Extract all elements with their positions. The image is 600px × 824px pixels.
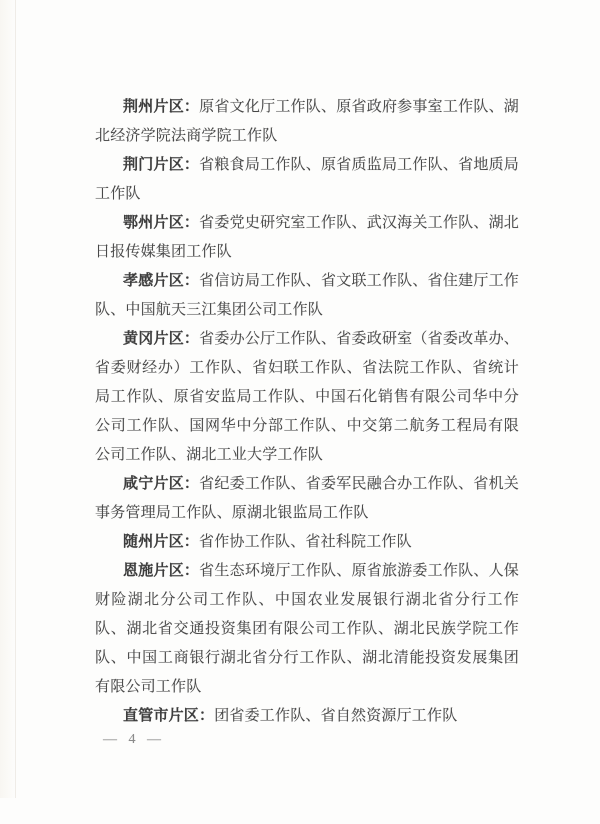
paper-edge-line: [15, 0, 16, 798]
district-label: 荆州片区：: [123, 99, 199, 115]
district-label: 孝感片区：: [123, 273, 199, 289]
district-paragraph: 孝感片区：省信访局工作队、省文联工作队、省住建厅工作队、中国航天三江集团公司工作…: [95, 267, 519, 325]
district-paragraph: 咸宁片区：省纪委工作队、省委军民融合办工作队、省机关事务管理局工作队、原湖北银监…: [95, 470, 519, 528]
district-paragraph: 荆州片区：原省文化厅工作队、原省政府参事室工作队、湖北经济学院法商学院工作队: [95, 93, 519, 151]
scanned-document-page: 荆州片区：原省文化厅工作队、原省政府参事室工作队、湖北经济学院法商学院工作队 荆…: [0, 0, 600, 824]
district-teams: 省作协工作队、省社科院工作队: [199, 534, 412, 550]
district-paragraph: 鄂州片区：省委党史研究室工作队、武汉海关工作队、湖北日报传媒集团工作队: [95, 209, 519, 267]
document-body: 荆州片区：原省文化厅工作队、原省政府参事室工作队、湖北经济学院法商学院工作队 荆…: [95, 93, 519, 731]
district-paragraph: 黄冈片区：省委办公厅工作队、省委政研室（省委改革办、省委财经办）工作队、省妇联工…: [95, 325, 519, 470]
district-label: 咸宁片区：: [123, 476, 199, 492]
paper-edge-shadow: [0, 0, 16, 798]
district-label: 黄冈片区：: [123, 331, 199, 347]
district-label: 鄂州片区：: [123, 215, 199, 231]
page-number: — 4 —: [103, 732, 165, 748]
district-label: 直管市片区：: [123, 708, 214, 724]
district-paragraph: 恩施片区：省生态环境厅工作队、原省旅游委工作队、人保财险湖北分公司工作队、中国农…: [95, 557, 519, 702]
district-teams: 省生态环境厅工作队、原省旅游委工作队、人保财险湖北分公司工作队、中国农业发展银行…: [95, 563, 519, 695]
district-label: 恩施片区：: [123, 563, 199, 579]
district-label: 荆门片区：: [123, 157, 199, 173]
district-teams: 团省委工作队、省自然资源厅工作队: [214, 708, 457, 724]
district-paragraph: 随州片区：省作协工作队、省社科院工作队: [95, 528, 519, 557]
district-teams: 省委办公厅工作队、省委政研室（省委改革办、省委财经办）工作队、省妇联工作队、省法…: [95, 331, 519, 463]
district-paragraph: 直管市片区：团省委工作队、省自然资源厅工作队: [95, 702, 519, 731]
district-label: 随州片区：: [123, 534, 199, 550]
district-paragraph: 荆门片区：省粮食局工作队、原省质监局工作队、省地质局工作队: [95, 151, 519, 209]
